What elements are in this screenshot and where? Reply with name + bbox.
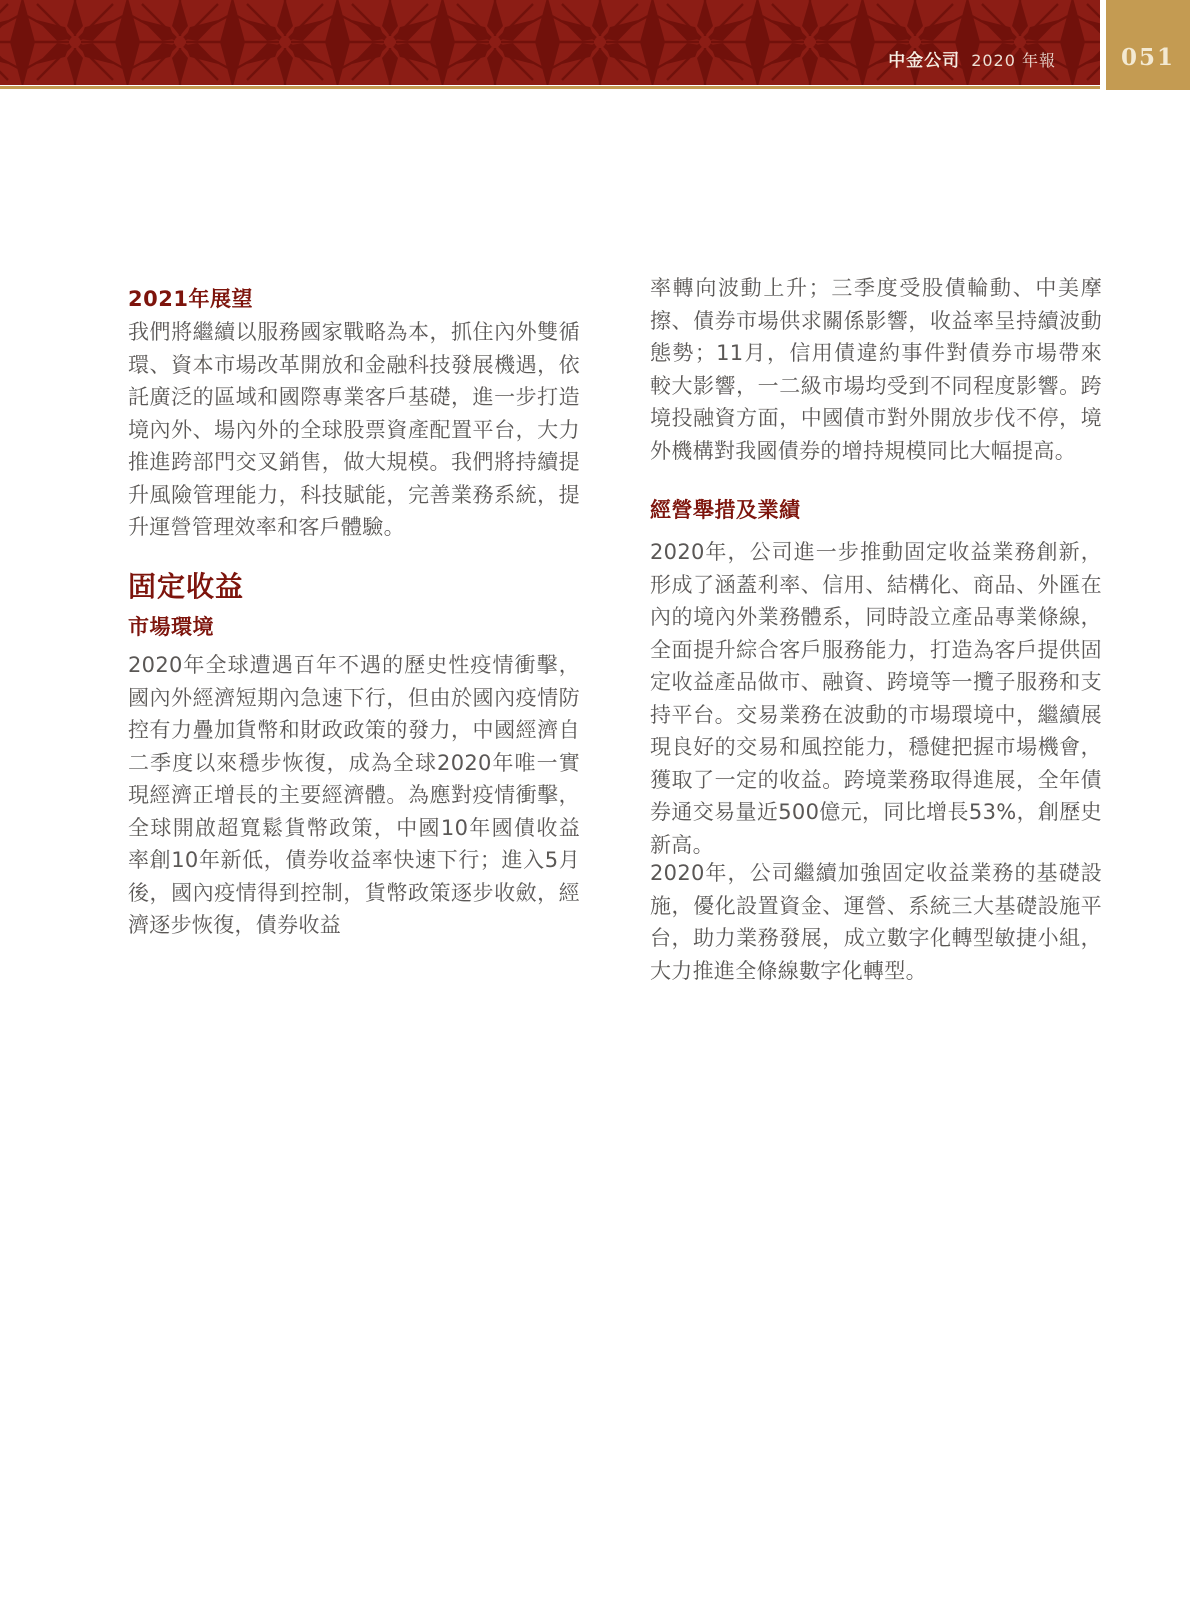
gold-divider (0, 86, 1100, 89)
fixed-income-heading: 固定收益 (128, 565, 244, 605)
operations-paragraph-1: 2020年，公司進一步推動固定收益業務創新，形成了涵蓋利率、信用、結構化、商品、… (650, 536, 1102, 861)
market-environment-paragraph: 2020年全球遭遇百年不遇的歷史性疫情衝擊，國內外經濟短期內急速下行，但由於國內… (128, 649, 580, 942)
annual-report-page: 中金公司 2020 年報 051 2021年展望 我們將繼續以服務國家戰略為本，… (0, 0, 1190, 1615)
page-header-banner: 中金公司 2020 年報 (0, 0, 1100, 85)
market-environment-heading: 市場環境 (128, 611, 214, 641)
operations-heading: 經營舉措及業績 (650, 494, 801, 524)
outlook-paragraph: 我們將繼續以服務國家戰略為本，抓住內外雙循環、資本市場改革開放和金融科技發展機遇… (128, 316, 580, 544)
company-name: 中金公司 (888, 46, 960, 71)
page-number: 051 (1121, 44, 1175, 71)
report-edition: 2020 年報 (971, 48, 1056, 71)
asanoha-pattern-icon (0, 0, 1100, 85)
page-number-badge: 051 (1106, 0, 1190, 90)
outlook-heading: 2021年展望 (128, 283, 253, 313)
continued-paragraph: 率轉向波動上升；三季度受股債輪動、中美摩擦、債券市場供求關係影響，收益率呈持續波… (650, 272, 1102, 467)
report-title: 中金公司 2020 年報 (888, 46, 1056, 68)
operations-paragraph-2: 2020年，公司繼續加強固定收益業務的基礎設施，優化設置資金、運營、系統三大基礎… (650, 857, 1102, 987)
